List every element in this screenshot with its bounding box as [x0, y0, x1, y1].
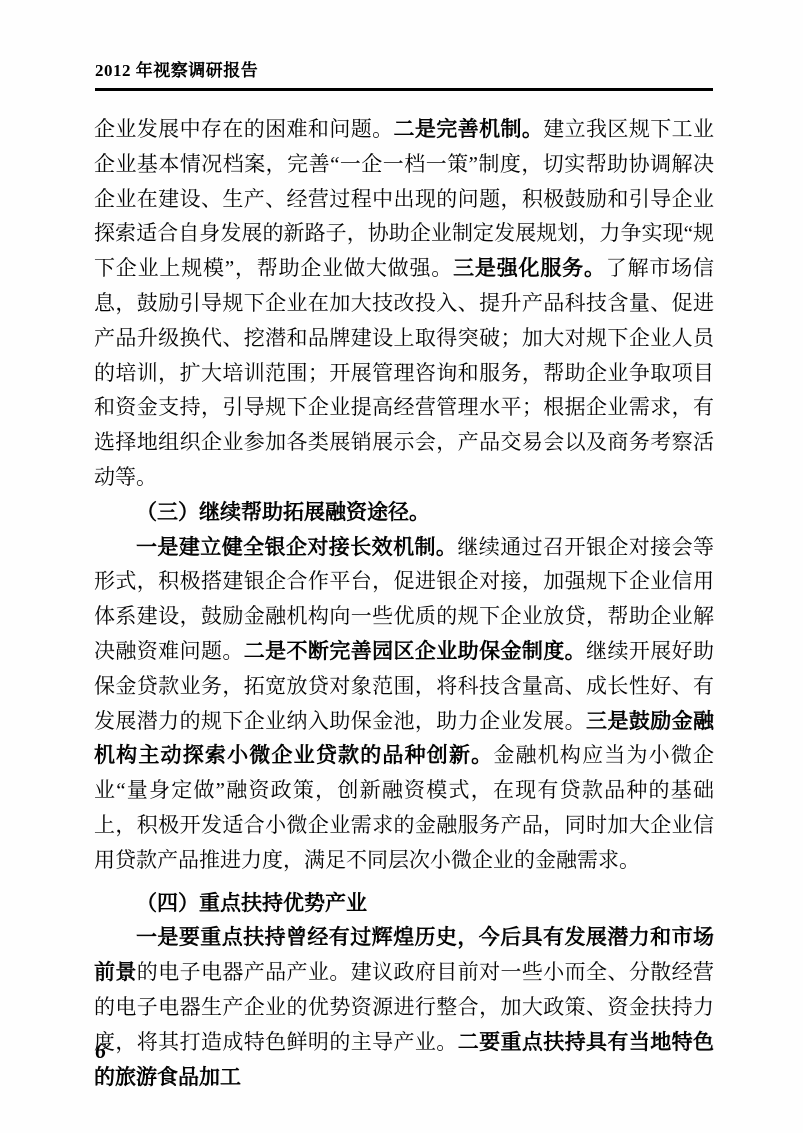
- header-rule: [95, 88, 713, 91]
- text-run: 一是建立健全银企对接长效机制。: [136, 535, 457, 559]
- page-footer: 6: [95, 1038, 106, 1064]
- text-run: （三）继续帮助拓展融资途径。: [136, 500, 430, 524]
- header-title: 2012 年视察调研报告: [95, 58, 713, 84]
- text-run: 三是强化服务。: [453, 256, 606, 280]
- document-page: 2012 年视察调研报告 企业发展中存在的困难和问题。二是完善机制。建立我区规下…: [0, 0, 803, 1133]
- page-header: 2012 年视察调研报告: [95, 58, 713, 91]
- document-body: 企业发展中存在的困难和问题。二是完善机制。建立我区规下工业企业基本情况档案，完善…: [94, 112, 714, 1094]
- text-run: （四）重点扶持优势产业: [136, 891, 367, 915]
- section-heading: （四）重点扶持优势产业: [94, 886, 714, 921]
- paragraph: 一是建立健全银企对接长效机制。继续通过召开银企对接会等形式，积极搭建银企合作平台…: [94, 530, 714, 878]
- page-number: 6: [95, 1038, 106, 1063]
- text-run: 了解市场信息，鼓励引导规下企业在加大技改投入、提升产品科技含量、促进产品升级换代…: [94, 256, 714, 489]
- text-run: 企业发展中存在的困难和问题。: [94, 117, 394, 141]
- text-run: 二是完善机制。: [394, 117, 544, 141]
- text-run: 二是不断完善园区企业助保金制度。: [244, 639, 586, 663]
- paragraph: 企业发展中存在的困难和问题。二是完善机制。建立我区规下工业企业基本情况档案，完善…: [94, 112, 714, 495]
- paragraph: 一是要重点扶持曾经有过辉煌历史，今后具有发展潜力和市场前景的电子电器产品产业。建…: [94, 920, 714, 1094]
- section-heading: （三）继续帮助拓展融资途径。: [94, 495, 714, 530]
